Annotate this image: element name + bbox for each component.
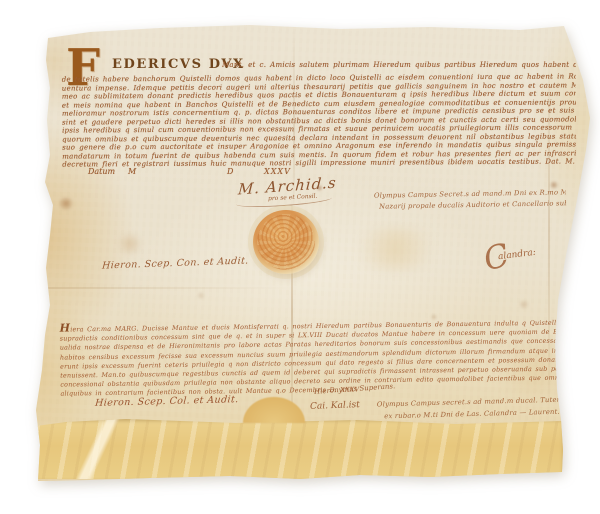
secretary-note-top: Olympus Campus Secret.s ad mand.m Dni ex… — [374, 187, 566, 212]
main-text-block: de tutelis habere banchorum Quistelli do… — [62, 72, 577, 169]
photo-frame: F EDERICVS DVX Mant. et c. Amicis salute… — [0, 0, 600, 514]
heading-continuation: Mant. et c. Amicis salutem plurimam Hier… — [222, 61, 576, 69]
roman-numeral-M: M — [128, 167, 136, 176]
parchment-photo: F EDERICVS DVX Mant. et c. Amicis salute… — [0, 0, 600, 514]
datum-word: Datum — [88, 167, 115, 176]
parchment-sheet: F EDERICVS DVX Mant. et c. Amicis salute… — [0, 0, 600, 514]
bottom-fold-plica — [36, 419, 563, 479]
wax-seal — [253, 210, 319, 274]
roman-numeral-year: XXXV — [264, 167, 291, 176]
cai-kal-signature: Cai. Kal.ist — [310, 400, 360, 412]
secretary-note-bottom: Olympus Campus secret.s ad mand.m ducal.… — [377, 394, 568, 423]
roman-numeral-D: D — [227, 167, 233, 176]
